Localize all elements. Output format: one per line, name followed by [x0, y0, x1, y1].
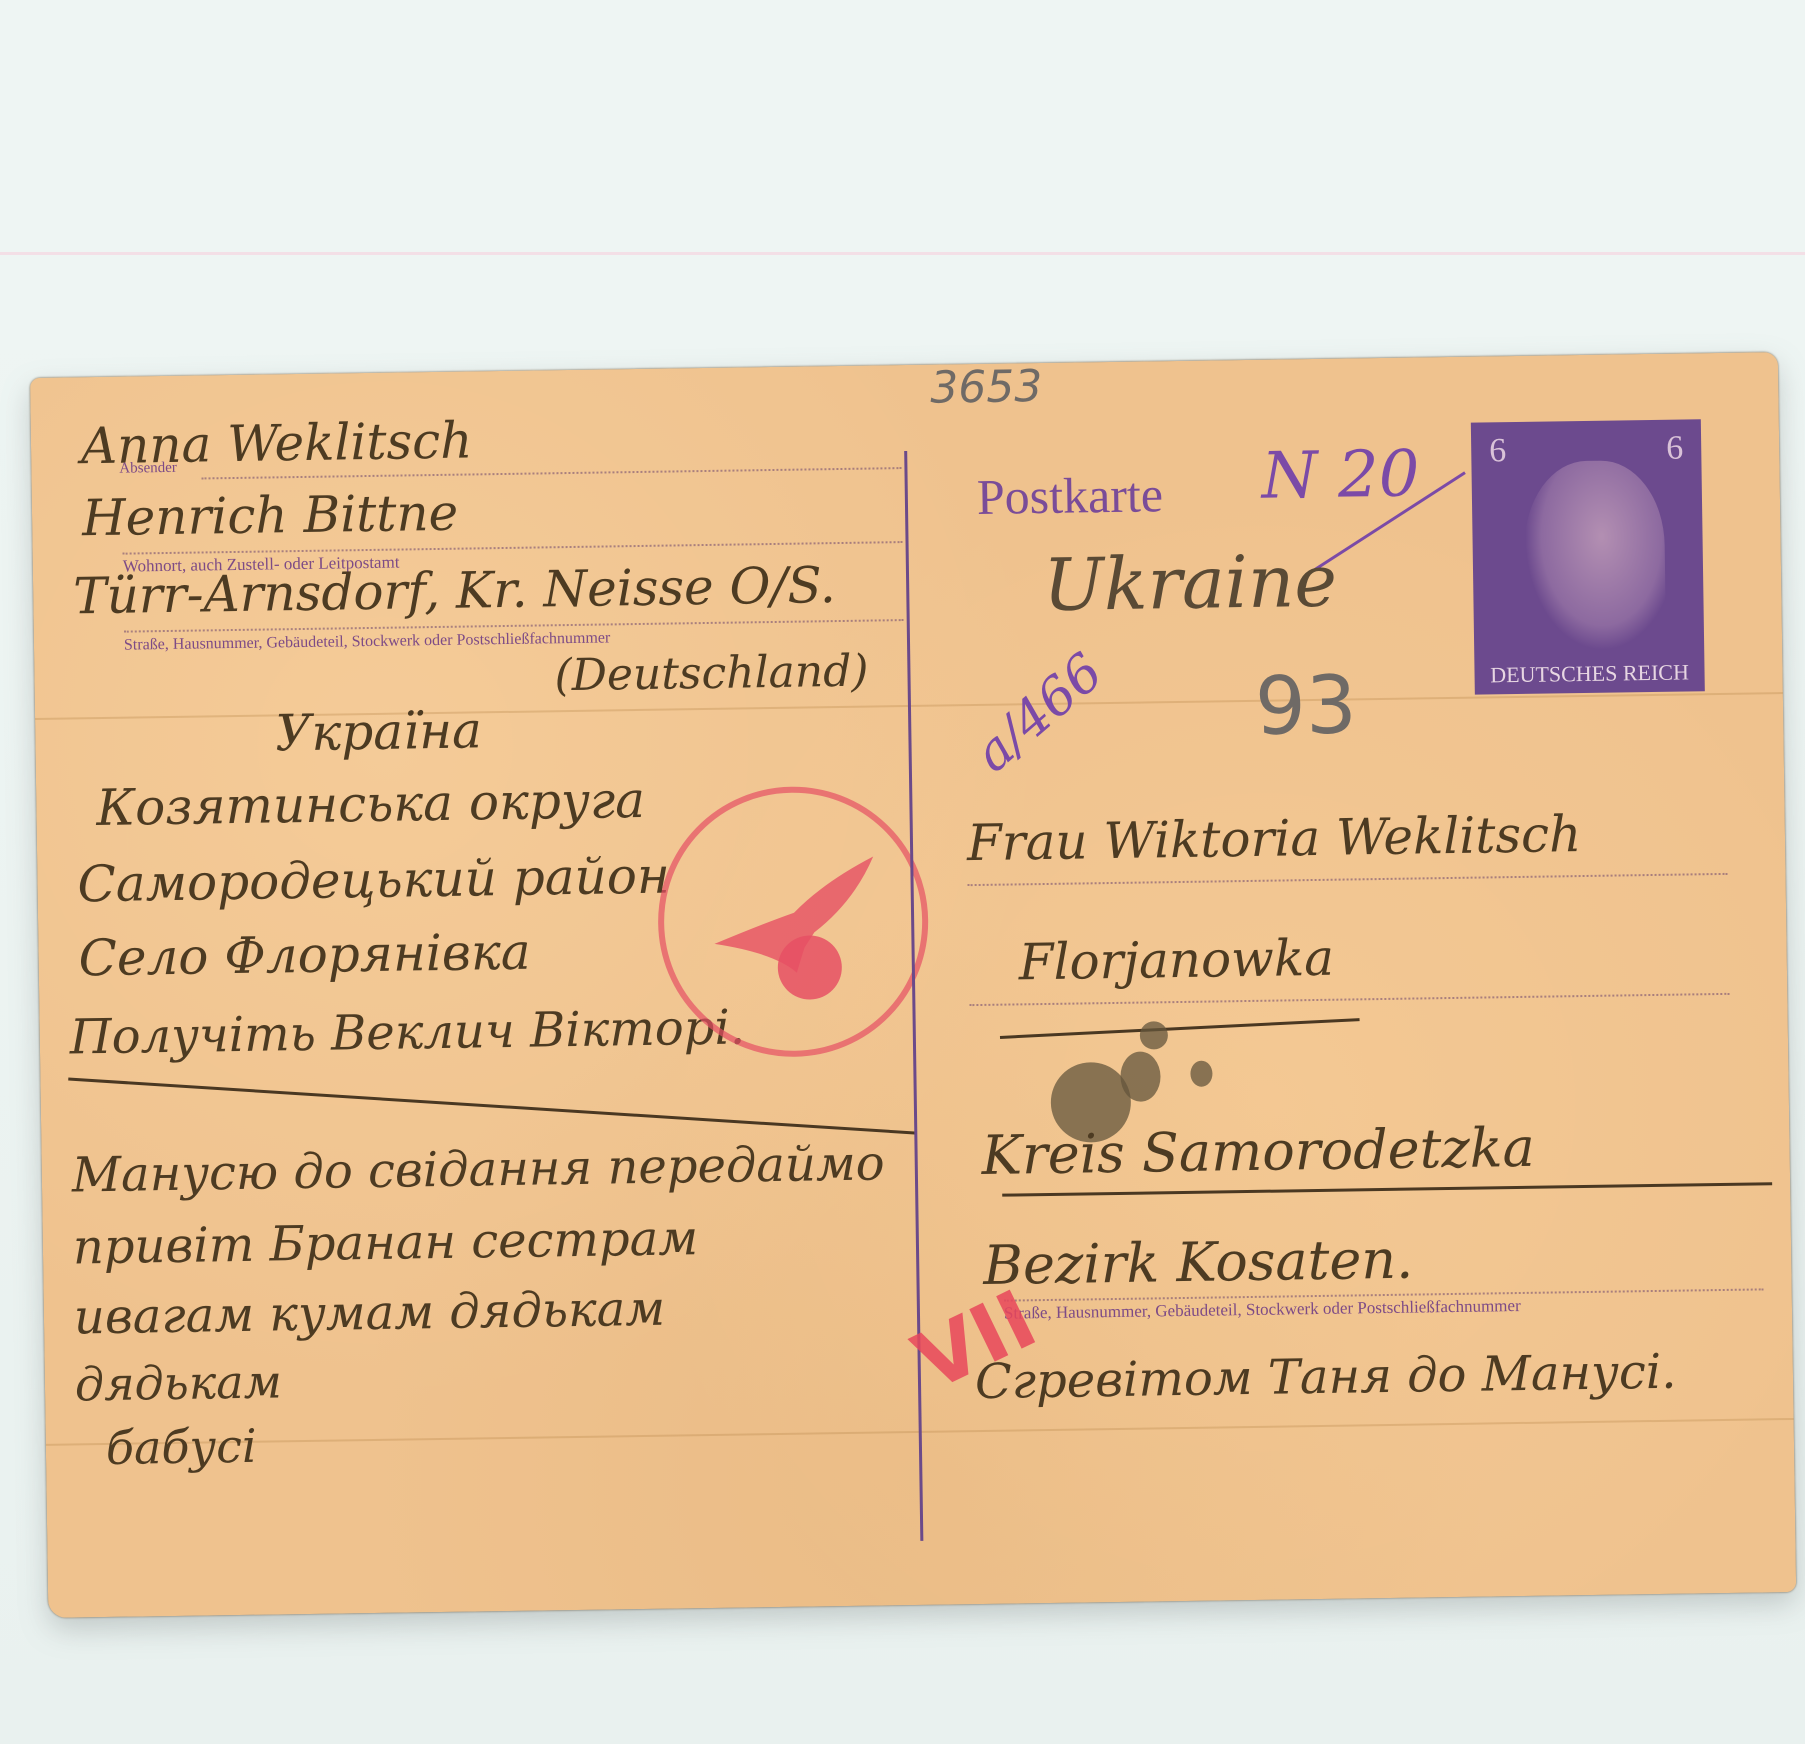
recipient-line-3: Kreis Samorodetzka [981, 1116, 1535, 1187]
recipient-line-2: Florjanowka [1018, 929, 1334, 992]
message-line-5: бабусі [105, 1419, 257, 1475]
reference-number: 3653 [930, 361, 1043, 414]
recipient-line-1: Frau Wiktoria Weklitsch [967, 805, 1582, 872]
eagle-icon [703, 851, 885, 1004]
return-address-line-2: Козятинська округа [96, 771, 645, 837]
stamp-value-right: 6 [1666, 429, 1684, 467]
return-address-line-3: Самородецький район [77, 847, 670, 914]
registry-number: N 20 [1261, 437, 1420, 513]
postcard: 3653 Anna Weklitsch Absender Henrich Bit… [30, 352, 1796, 1618]
postkarte-title: Postkarte [976, 465, 1163, 526]
message-line-3: ивагам кумам дядькам [74, 1281, 666, 1346]
recipient-country: Ukraine [1043, 539, 1338, 627]
sender-label: Absender [119, 460, 177, 478]
message-line-1: Манусю до свідання передаймо [71, 1135, 885, 1203]
pencil-number: 93 [1254, 658, 1357, 752]
ink-stain [1190, 1061, 1212, 1087]
ink-stain [1120, 1051, 1161, 1102]
recipient-line-4: Bezirk Kosaten. [983, 1228, 1414, 1297]
censor-stamp [656, 785, 930, 1059]
sender-city: Türr-Arnsdorf, Kr. Neisse O/S. [73, 556, 836, 625]
message-line-2: привіт Бранан сестрам [72, 1210, 698, 1275]
recipient-underline [1000, 1018, 1360, 1039]
address-divider [904, 451, 923, 1541]
recipient-dotted-line-1 [968, 873, 1728, 886]
sender-country-note: (Deutschland) [554, 646, 869, 702]
postage-stamp: 6 6 DEUTSCHES REICH [1471, 419, 1705, 694]
ink-stain [1140, 1021, 1168, 1049]
recipient-dotted-line-2 [969, 993, 1729, 1006]
street-label: Straße, Hausnummer, Gebäudeteil, Stockwe… [124, 629, 611, 654]
recipient-closing: Сгревітом Таня до Манусі. [975, 1344, 1677, 1410]
separator-stroke [68, 1078, 916, 1135]
return-address-line-4: Село Флорянівка [78, 923, 531, 988]
message-line-4: дядькам [75, 1354, 283, 1411]
sender-care-of: Henrich Bittne [82, 484, 459, 548]
stamp-value-left: 6 [1489, 432, 1507, 470]
stamp-country: DEUTSCHES REICH [1474, 659, 1704, 688]
return-address-line-5: Получіть Веклич Вікторі. [69, 999, 745, 1065]
recipient-annotation: a/466 [963, 642, 1114, 784]
return-address-line-1: Україна [275, 701, 482, 762]
stamp-portrait [1523, 460, 1666, 652]
